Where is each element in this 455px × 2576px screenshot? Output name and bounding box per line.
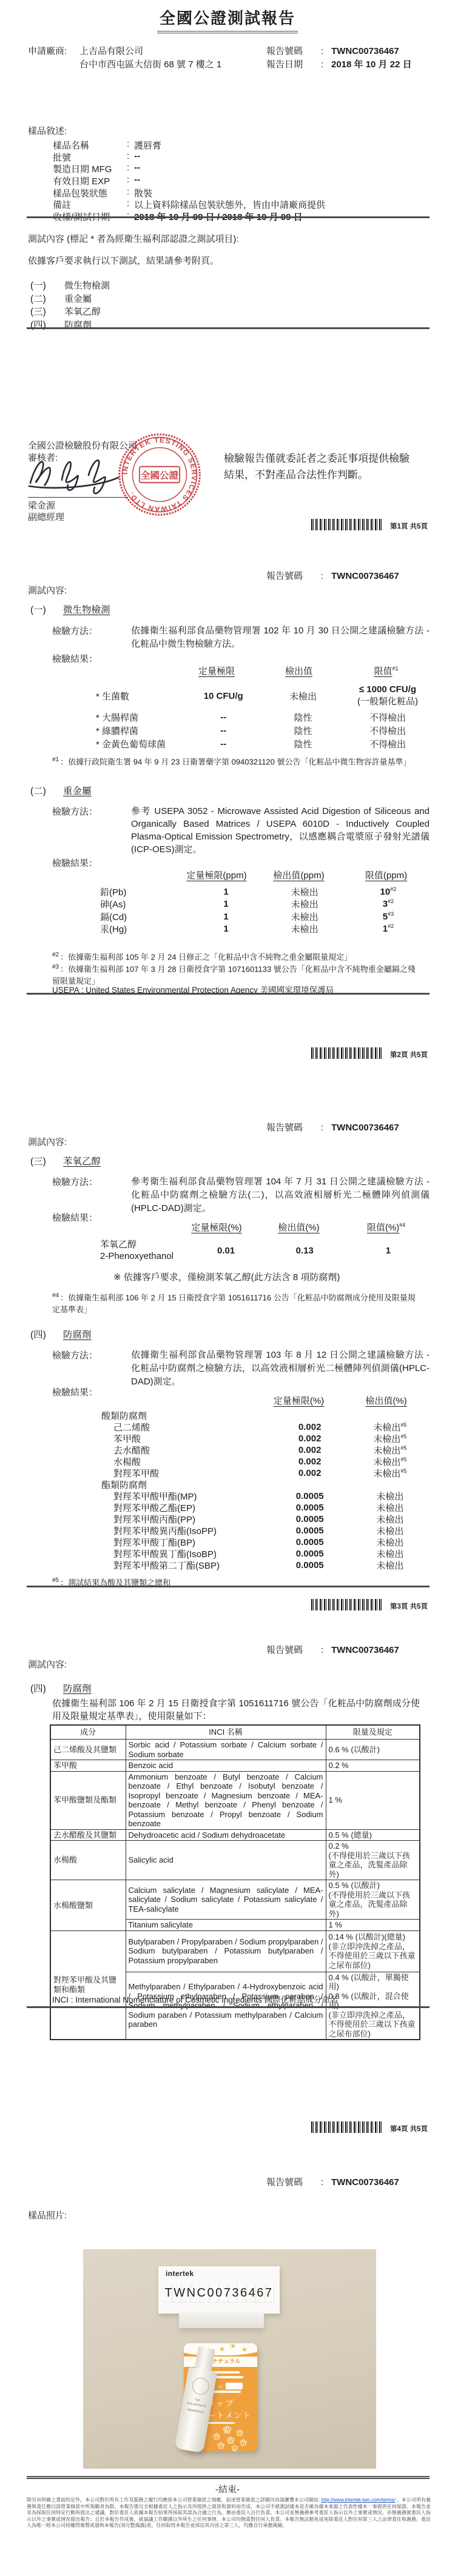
colon: : xyxy=(321,59,323,71)
table-row: 對羥苯甲酸及其鹽類和酯類 Butylparaben / Propylparabe… xyxy=(50,1930,420,1972)
table-row: 己二烯酸 0.002 未檢出#5 xyxy=(85,1421,434,1433)
table-row: 對羥苯甲酸第二丁酯(SBP) 0.0005 未檢出 xyxy=(85,1560,434,1571)
table-header-row: 定量極限(%) 檢出值(%) 限值(%)#4 xyxy=(85,1221,434,1238)
table-row: 鉛(Pb) 1 未檢出 10#2 xyxy=(85,886,434,898)
section-2-heading: (二)重金屬 xyxy=(30,784,92,797)
test-content-heading: 測試內容 (標記 * 者為經衛生福利部認證之測試項目): xyxy=(28,233,239,245)
report-no-value: TWNC00736467 xyxy=(331,45,399,58)
method-label: 檢驗方法： xyxy=(52,805,98,818)
terms-link[interactable]: http://www.intertek-twn.com/terms/ xyxy=(321,2497,395,2503)
usepa-note: USEPA : United States Environmental Prot… xyxy=(52,984,420,996)
limit-table-intro: 依據衛生福利部 106 年 2 月 15 日衛授食字第 1051611716 號… xyxy=(52,1697,420,1723)
table-row: * 金黃色葡萄球菌 -- 陰性 不得檢出 xyxy=(85,737,434,750)
table-group-row: 酯類防腐劑 xyxy=(85,1479,434,1490)
table-header-row: 定量極限 檢出值 限值#1 xyxy=(85,664,434,681)
table-row: 己二烯酸及其鹽類 Sorbic acid / Potassium sorbate… xyxy=(50,1740,420,1760)
inci-note: INCI : International Nomenclature of Cos… xyxy=(52,1994,420,2006)
tube-emblem xyxy=(191,2377,211,2396)
sample-photo: intertek TWNC00736467 ❀ ❀ ❀ 99%ナチュラル ＋ リ… xyxy=(83,2249,376,2469)
flower-icon: ❀ xyxy=(223,2426,232,2434)
stamp-center-text: 全國公證 xyxy=(141,470,179,481)
microbiology-result-table: 定量極限 檢出值 限值#1 * 生菌數 10 CFU/g 未檢出 ≤ 1000 … xyxy=(85,664,434,750)
sample-photo-label: 樣品照片: xyxy=(28,2210,67,2222)
test-content-label: 測試內容: xyxy=(28,585,67,597)
report-no-label: 報告號碼 xyxy=(266,570,303,582)
preservatives-result-table: 定量極限(%) 檢出值(%) 酸類防腐劑 己二烯酸 0.002 未檢出#5 苯甲… xyxy=(85,1394,434,1571)
method-text: 參考衛生福利部食品藥物管理署 104 年 7 月 31 日公開之建議檢驗方法 -… xyxy=(131,1175,430,1215)
report-scope-notice: 檢驗報告僅就委託者之委託事項提供檢驗 結果，不對產品合法性作判斷。 xyxy=(224,450,424,483)
sample-field-row: 批號:-- xyxy=(53,151,325,163)
divider xyxy=(27,2006,430,2008)
table-row: 苯甲酸 0.002 未檢出#5 xyxy=(85,1433,434,1444)
barcode xyxy=(311,2121,382,2133)
plus-sign: ＋ xyxy=(217,2384,223,2390)
method-text: 參考 USEPA 3052 - Microwave Assisted Acid … xyxy=(131,805,430,856)
end-divider xyxy=(27,2476,430,2479)
flower-icon: ❀ xyxy=(236,2429,244,2438)
sample-field-row: 有效日期 EXP:-- xyxy=(53,175,325,187)
footnote-4: #4：依據衛生福利部 106 年 2 月 15 日衛授食字第 105161171… xyxy=(52,1290,420,1316)
barcode xyxy=(311,1599,382,1610)
divider xyxy=(27,1586,430,1587)
table-row: 對羥苯甲酸丁酯(BP) 0.0005 未檢出 xyxy=(85,1537,434,1548)
test-item: (三)苯氧乙醇 xyxy=(30,304,110,318)
table-row: 苯氧乙醇 2-Phenoxyethanol 0.01 0.13 1 xyxy=(85,1238,434,1263)
table-row: 對羥苯甲酸 0.002 未檢出#5 xyxy=(85,1467,434,1479)
divider xyxy=(27,993,430,995)
report-no-label: 報告號碼 xyxy=(266,2177,303,2189)
chip xyxy=(226,2383,243,2389)
footnote-3: #3：依據衛生福利部 107 年 3 月 28 日衛授食字第 107160113… xyxy=(52,961,420,987)
table-row: 對羥苯甲酸異丙酯(IsoPP) 0.0005 未檢出 xyxy=(85,1525,434,1537)
method-text: 依據衛生福利部食品藥物管理署 102 年 10 月 30 日公開之建議檢驗方法 … xyxy=(131,624,430,651)
applicant-name: 上吉品有限公司 xyxy=(79,45,143,58)
page-number: 第1頁 共5頁 xyxy=(390,521,428,531)
table-group-row: 酸類防腐劑 xyxy=(85,1410,434,1421)
sample-field-row: 製造日期 MFG:-- xyxy=(53,162,325,175)
flower-icon: ❀ xyxy=(231,2444,238,2451)
flower-icon: ❀ xyxy=(217,2442,225,2451)
barcode xyxy=(311,1047,382,1059)
table-row: 水楊酸 Salicylic acid 0.2 %(不得使用於三歲以下孩童之產品，… xyxy=(50,1841,420,1880)
applicant-label: 申請廠商: xyxy=(28,45,67,58)
sample-field-row: 備註:以上資料除樣品包裝狀態外，皆由申請廠商提供 xyxy=(53,198,325,210)
client-request-note: ※ 依據客戶要求，僅檢測苯氧乙醇(此方法含 8 項防腐劑) xyxy=(113,1272,340,1284)
sample-id-card: intertek TWNC00736467 xyxy=(158,2266,280,2314)
report-date-value: 2018 年 10 月 22 日 xyxy=(331,59,412,71)
table-row: 鎘(Cd) 1 未檢出 5#3 xyxy=(85,910,434,923)
report-no-value: TWNC00736467 xyxy=(331,570,399,582)
table-row: * 綠膿桿菌 -- 陰性 不得檢出 xyxy=(85,724,434,737)
table-row: 水楊酸鹽類 Calcium salicylate / Magnesium sal… xyxy=(50,1880,420,1920)
test-item-list: (一)微生物檢測 (二)重金屬 (三)苯氧乙醇 (四)防腐劑 xyxy=(30,278,110,330)
section-4-heading: (四)防腐劑 xyxy=(30,1327,92,1341)
preservative-limit-table: 成分 INCI 名稱 限量及規定 己二烯酸及其鹽類 Sorbic acid / … xyxy=(50,1724,420,2040)
table-row: 對羥苯甲酸丙酯(PP) 0.0005 未檢出 xyxy=(85,1513,434,1525)
colon: : xyxy=(321,570,323,582)
colon: : xyxy=(321,1122,323,1134)
colon: : xyxy=(321,45,323,58)
legal-disclaimer: 除另有明確之書面約定外，本公司對於所有工作及服務之履行均應依本公司營業條款之規範… xyxy=(27,2497,431,2529)
page-number: 第2頁 共5頁 xyxy=(390,1050,428,1059)
report-no-label: 報告號碼 xyxy=(266,1644,303,1657)
table-row: 去水醋酸及其鹽類 Dehydroacetic acid / Sodium deh… xyxy=(50,1829,420,1841)
barcode xyxy=(311,519,382,530)
method-label: 檢驗方法： xyxy=(52,1349,98,1361)
report-no-value: TWNC00736467 xyxy=(331,1122,399,1134)
phenoxyethanol-result-table: 定量極限(%) 檢出值(%) 限值(%)#4 苯氧乙醇 2-Phenoxyeth… xyxy=(85,1221,434,1263)
table-row: 對羥苯甲酸異丁酯(IsoBP) 0.0005 未檢出 xyxy=(85,1548,434,1560)
report-no-value: TWNC00736467 xyxy=(331,1644,399,1657)
table-row: 苯甲酸鹽類及酯類 Ammonium benzoate / Butyl benzo… xyxy=(50,1771,420,1829)
colon: : xyxy=(321,2177,323,2189)
table-row: 對羥苯甲酸乙酯(EP) 0.0005 未檢出 xyxy=(85,1502,434,1513)
applicant-address: 台中市西屯區大信街 68 號 7 樓之 1 xyxy=(79,59,221,71)
signer-title: 副總經理 xyxy=(28,512,64,524)
divider xyxy=(27,216,430,218)
table-row: 水楊酸 0.002 未檢出#5 xyxy=(85,1456,434,1467)
table-row: 汞(Hg) 1 未檢出 1#2 xyxy=(85,923,434,936)
flower-icon: ❀ xyxy=(240,2439,248,2448)
sample-section-label: 樣品敘述: xyxy=(28,125,67,138)
flower-icon: ❀ xyxy=(229,2343,237,2351)
divider xyxy=(27,327,430,329)
report-date-label: 報告日期 xyxy=(266,59,303,71)
test-content-label: 測試內容: xyxy=(28,1136,67,1149)
test-report-document: 全國公證測試報告 申請廠商: 上吉品有限公司 台中市西屯區大信街 68 號 7 … xyxy=(0,0,455,2576)
report-title: 全國公證測試報告 xyxy=(0,6,455,33)
test-item: (二)重金屬 xyxy=(30,292,110,305)
result-label: 檢驗結果： xyxy=(52,856,98,869)
tube-label-line xyxy=(187,2409,204,2413)
table-header-row: 成分 INCI 名稱 限量及規定 xyxy=(50,1725,420,1740)
heavy-metals-result-table: 定量極限(ppm) 檢出值(ppm) 限值(ppm) 鉛(Pb) 1 未檢出 1… xyxy=(85,869,434,935)
test-intro: 依據客戶要求執行以下測試，結果請參考附頁。 xyxy=(28,255,219,267)
sample-field-row: 樣品包裝狀態:散裝 xyxy=(53,187,325,199)
table-row: 苯甲酸 Benzoic acid 0.2 % xyxy=(50,1760,420,1772)
table-row: * 生菌數 10 CFU/g 未檢出 ≤ 1000 CFU/g(一般類化粧品) xyxy=(85,681,434,710)
reviewer-signature xyxy=(24,450,130,501)
test-content-label: 測試內容: xyxy=(28,1659,67,1671)
table-row: 對羥苯甲酸甲酯(MP) 0.0005 未檢出 xyxy=(85,1490,434,1502)
sample-id-number: TWNC00736467 xyxy=(158,2286,280,2300)
table-row: 砷(As) 1 未檢出 3#2 xyxy=(85,898,434,911)
section-1-heading: (一)微生物檢測 xyxy=(30,602,110,616)
signer-name: 梁金源 xyxy=(28,500,55,512)
result-label: 檢驗結果： xyxy=(52,652,98,665)
report-no-label: 報告號碼 xyxy=(266,45,303,58)
page-number: 第3頁 共5頁 xyxy=(390,1601,428,1611)
method-label: 檢驗方法： xyxy=(52,624,98,637)
report-no-value: TWNC00736467 xyxy=(331,2177,399,2189)
page-number: 第4頁 共5頁 xyxy=(390,2124,428,2134)
test-item: (一)微生物檢測 xyxy=(30,278,110,292)
section-4-heading: (四)防腐劑 xyxy=(30,1681,92,1695)
signature-line xyxy=(28,497,128,498)
table-header-row: 定量極限(ppm) 檢出值(ppm) 限值(ppm) xyxy=(85,869,434,886)
footnote-1: #1：依據行政院衛生署 94 年 9 月 23 日衛署藥字第 094032112… xyxy=(52,754,420,768)
table-header-row: 定量極限(%) 檢出值(%) xyxy=(85,1394,434,1410)
end-mark: -結束- xyxy=(0,2483,455,2495)
method-label: 檢驗方法： xyxy=(52,1175,98,1188)
method-text: 依據衛生福利部食品藥物管理署 103 年 8 月 12 日公開之建議檢驗方法 -… xyxy=(131,1349,430,1389)
sample-description-fields: 樣品名稱:護唇膏 批號:-- 製造日期 MFG:-- 有效日期 EXP:-- 樣… xyxy=(53,139,325,222)
table-row: * 大腸桿菌 -- 陰性 不得檢出 xyxy=(85,710,434,724)
flower-icon: ❀ xyxy=(213,2433,221,2441)
colon: : xyxy=(321,1644,323,1657)
table-row: 去水醋酸 0.002 未檢出#5 xyxy=(85,1444,434,1456)
flower-icon: ❀ xyxy=(241,2346,249,2354)
card-stand xyxy=(179,2312,264,2328)
section-3-heading: (三)苯氧乙醇 xyxy=(30,1154,101,1167)
intertek-logo: intertek xyxy=(166,2269,194,2278)
sample-field-row: 樣品名稱:護唇膏 xyxy=(53,139,325,151)
report-no-label: 報告號碼 xyxy=(266,1122,303,1134)
